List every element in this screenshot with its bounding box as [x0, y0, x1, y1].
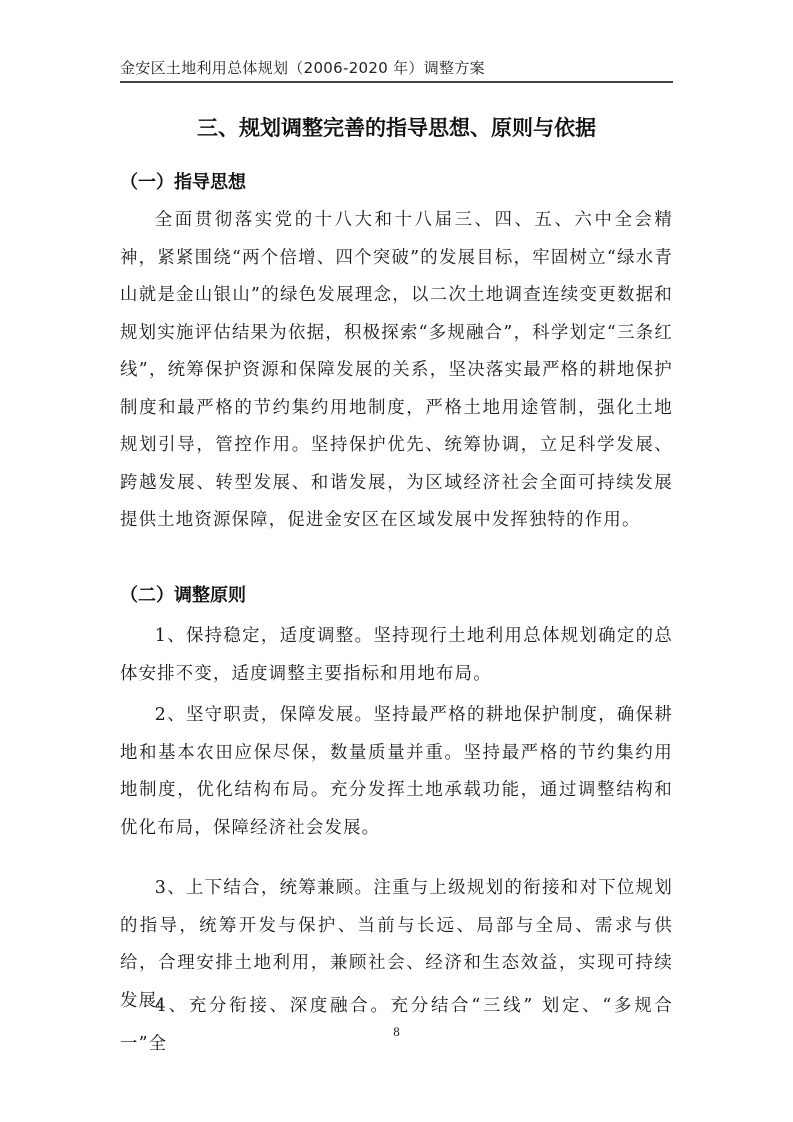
paragraph-principle-1: 1、保持稳定，适度调整。坚持现行土地利用总体规划确定的总体安排不变，适度调整主要… — [120, 618, 673, 693]
header-rule — [120, 81, 673, 83]
page-number: 8 — [0, 1024, 793, 1040]
section-title: 三、规划调整完善的指导思想、原则与依据 — [120, 113, 673, 143]
paragraph-principle-2: 2、坚守职责，保障发展。坚持最严格的耕地保护制度，确保耕地和基本农田应保尽保，数… — [120, 697, 673, 847]
document-page: 金安区土地利用总体规划（2006-2020 年）调整方案 三、规划调整完善的指导… — [0, 0, 793, 1122]
subheading-guiding-ideology: （一）指导思想 — [120, 170, 246, 196]
running-header: 金安区土地利用总体规划（2006-2020 年）调整方案 — [120, 58, 673, 78]
subheading-adjustment-principles: （二）调整原则 — [120, 583, 246, 609]
paragraph-guiding-ideology: 全面贯彻落实党的十八大和十八届三、四、五、六中全会精神，紧紧围绕“两个倍增、四个… — [120, 202, 673, 540]
